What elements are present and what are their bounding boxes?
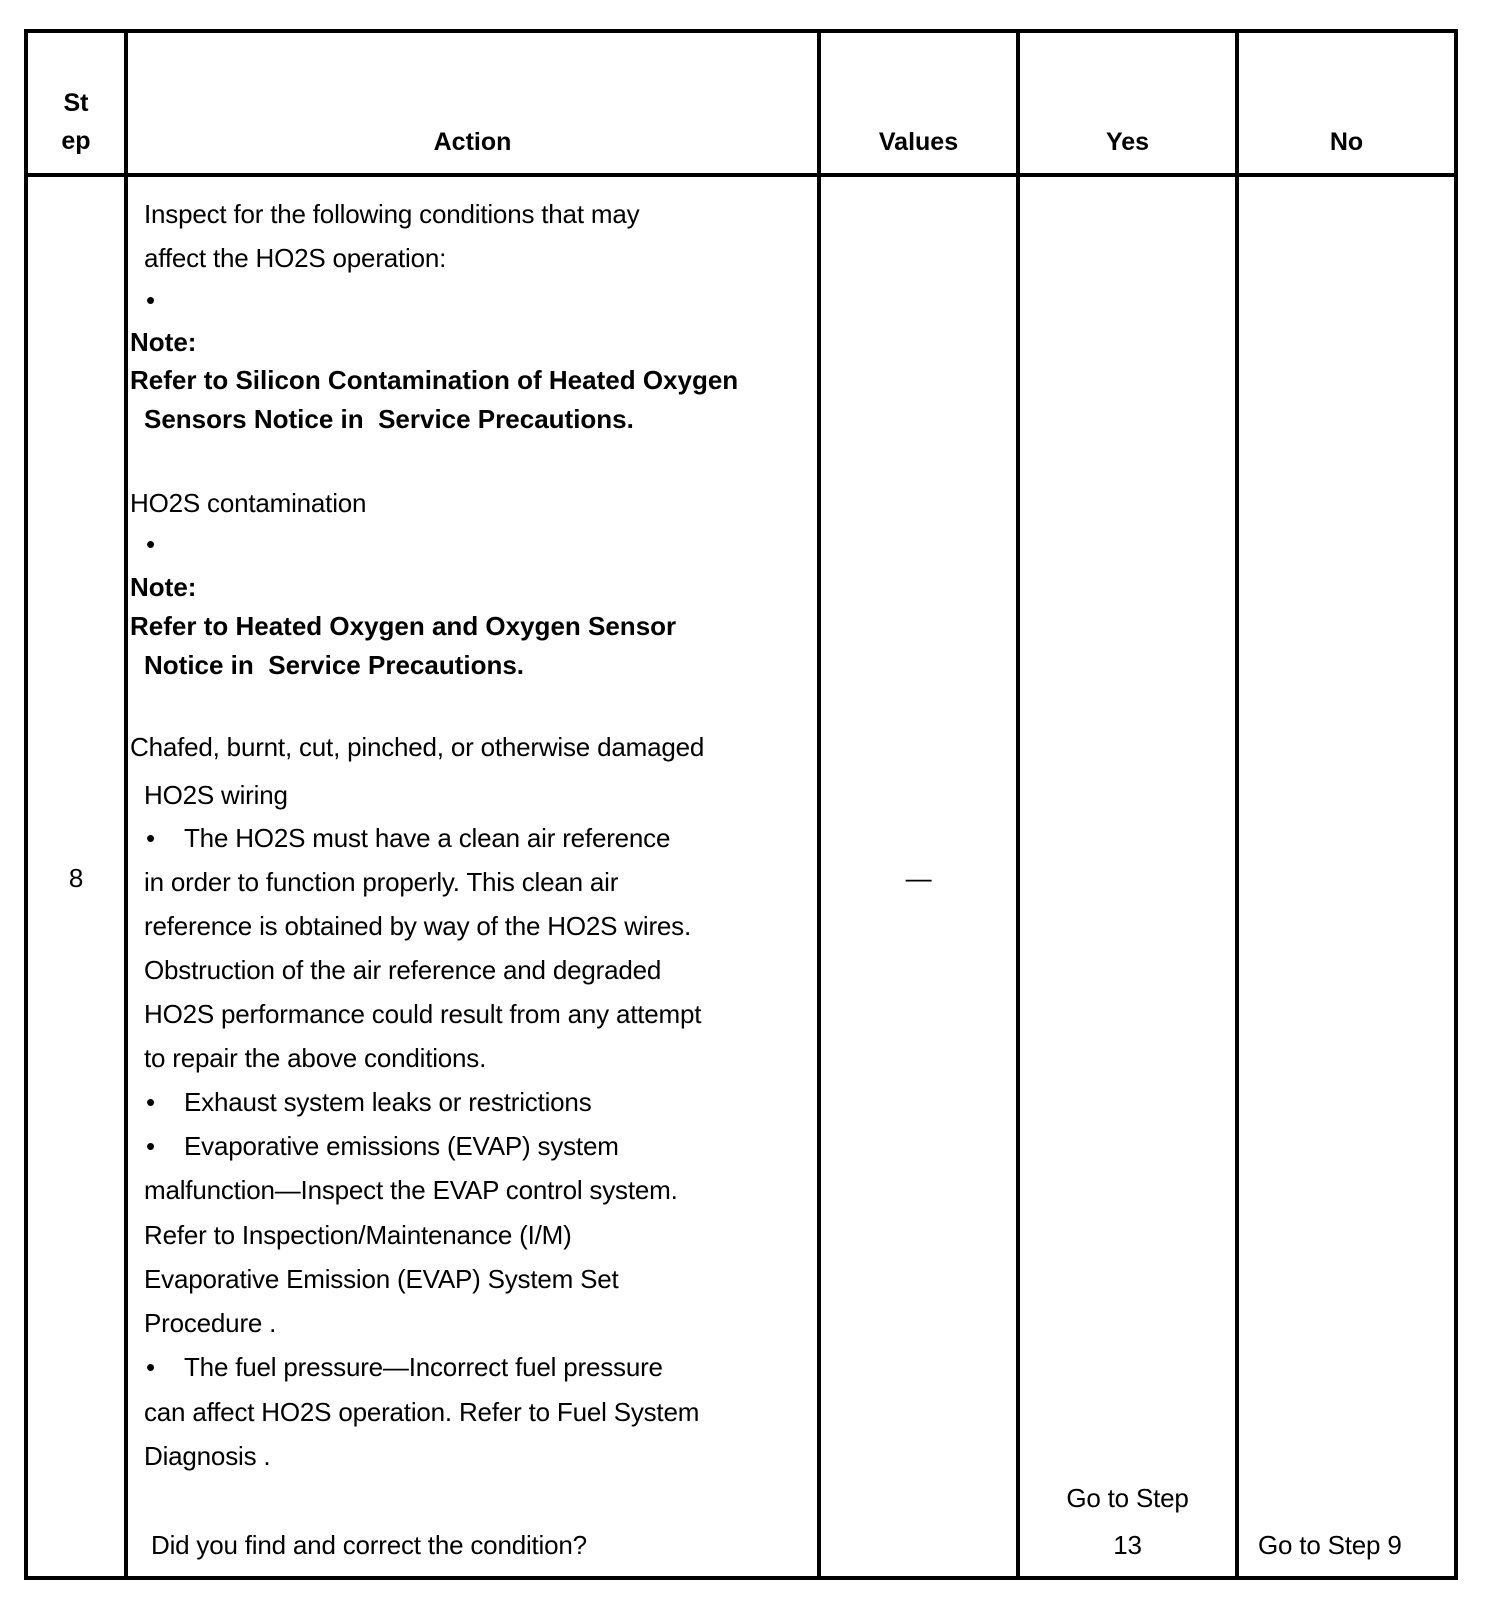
note-text: Sensors Notice in Service Precautions. bbox=[144, 404, 634, 434]
bullet: • bbox=[146, 1131, 155, 1161]
column-divider bbox=[817, 29, 821, 1580]
note-label: Note: bbox=[130, 572, 196, 602]
note-text: Refer to Heated Oxygen and Oxygen Sensor bbox=[130, 611, 676, 641]
action-text: The HO2S must have a clean air reference bbox=[184, 823, 670, 853]
header-no: No bbox=[1239, 123, 1454, 161]
action-text: HO2S wiring bbox=[144, 780, 288, 810]
action-text: malfunction—Inspect the EVAP control sys… bbox=[144, 1175, 678, 1205]
header-yes: Yes bbox=[1020, 123, 1235, 161]
question-text: Did you find and correct the condition? bbox=[151, 1530, 587, 1560]
action-text: Diagnosis . bbox=[144, 1441, 270, 1471]
action-text: reference is obtained by way of the HO2S… bbox=[144, 911, 691, 941]
header-divider bbox=[24, 173, 1458, 177]
action-text: affect the HO2S operation: bbox=[144, 243, 446, 273]
no-goto-step-link[interactable]: Go to Step 9 bbox=[1258, 1530, 1402, 1560]
yes-goto-step-link[interactable]: Go to Step bbox=[1020, 1483, 1235, 1513]
action-text: The fuel pressure—Incorrect fuel pressur… bbox=[184, 1352, 663, 1382]
condition-heading: HO2S contamination bbox=[130, 488, 366, 518]
action-text: Exhaust system leaks or restrictions bbox=[184, 1087, 592, 1117]
note-text: Refer to Silicon Contamination of Heated… bbox=[130, 365, 738, 395]
bullet: • bbox=[146, 285, 155, 315]
action-text: can affect HO2S operation. Refer to Fuel… bbox=[144, 1397, 699, 1427]
action-text: Inspect for the following conditions tha… bbox=[144, 199, 639, 229]
action-text: in order to function properly. This clea… bbox=[144, 867, 618, 897]
note-text: Notice in Service Precautions. bbox=[144, 650, 524, 680]
bullet: • bbox=[146, 1087, 155, 1117]
yes-goto-step-number[interactable]: 13 bbox=[1020, 1530, 1235, 1560]
action-text: Obstruction of the air reference and deg… bbox=[144, 955, 661, 985]
header-action: Action bbox=[128, 123, 817, 161]
action-text: Evaporative Emission (EVAP) System Set bbox=[144, 1264, 619, 1294]
action-text: Procedure . bbox=[144, 1308, 276, 1338]
note-label: Note: bbox=[130, 327, 196, 357]
step-number: 8 bbox=[28, 863, 124, 893]
header-step: St ep bbox=[28, 84, 124, 160]
column-divider bbox=[1235, 29, 1239, 1580]
header-step-line2: ep bbox=[28, 122, 124, 160]
header-values: Values bbox=[821, 123, 1016, 161]
column-divider bbox=[124, 29, 128, 1580]
action-text: Evaporative emissions (EVAP) system bbox=[184, 1131, 619, 1161]
action-text: to repair the above conditions. bbox=[144, 1043, 486, 1073]
bullet: • bbox=[146, 823, 155, 853]
column-divider bbox=[1016, 29, 1020, 1580]
bullet: • bbox=[146, 529, 155, 559]
action-text: Refer to Inspection/Maintenance (I/M) bbox=[144, 1220, 572, 1250]
action-text: HO2S performance could result from any a… bbox=[144, 999, 701, 1029]
header-step-line1: St bbox=[28, 84, 124, 122]
condition-heading: Chafed, burnt, cut, pinched, or otherwis… bbox=[130, 732, 704, 762]
bullet: • bbox=[146, 1352, 155, 1382]
values-cell: — bbox=[821, 863, 1016, 893]
